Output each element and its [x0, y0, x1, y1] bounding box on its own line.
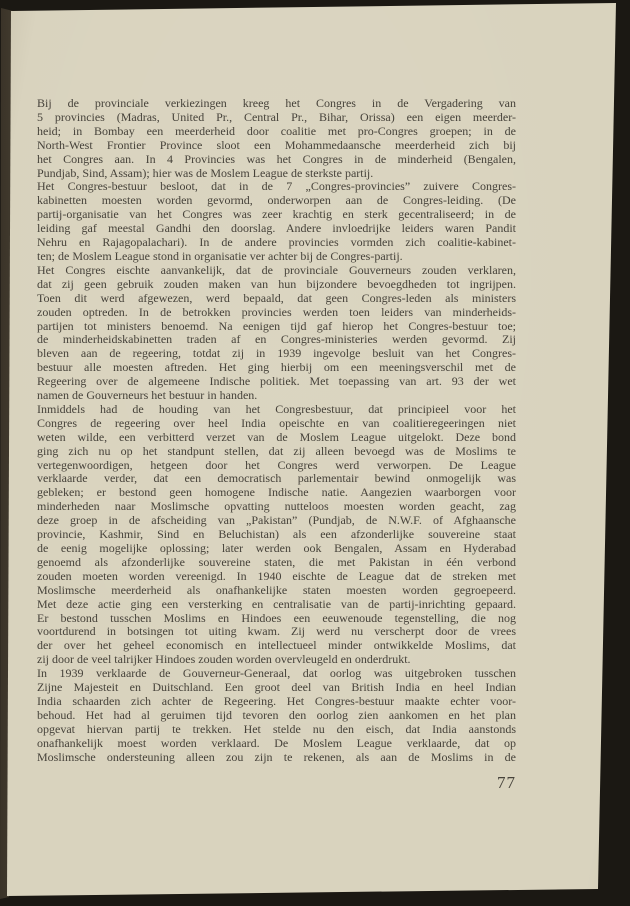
text-line: leiding gaf meestal Gandhi den doorslag.… — [37, 222, 516, 236]
text-line: Bij de provinciale verkiezingen kreeg he… — [37, 97, 516, 111]
text-line: bleven aan de regeering, totdat zij in 1… — [37, 347, 516, 361]
book-page: Bij de provinciale verkiezingen kreeg he… — [0, 0, 630, 906]
text-line: Het Congres eischte aanvankelijk, dat de… — [37, 264, 516, 278]
text-line: India schaarden zich achter de Regeering… — [37, 695, 516, 709]
text-line: partij-organisatie van het Congres was z… — [37, 208, 516, 222]
text-line: behoud. Het had al geruimen tijd tevoren… — [37, 709, 516, 723]
text-line: vertegenwoordigen, hetgeen door het Cong… — [37, 459, 516, 473]
text-line: onafhankelijk moest worden verklaard. De… — [37, 737, 516, 751]
text-line: de minderheidskabinetten traden af en Co… — [37, 333, 516, 347]
text-line: bestuur alle moesten aftreden. Het ging … — [37, 361, 516, 375]
text-line: minderheden naar Moslimsche opvatting nu… — [37, 500, 516, 514]
text-line: ten; de Moslem League stond in organisat… — [37, 250, 516, 264]
text-line: ging zich nu op het standpunt stellen, d… — [37, 445, 516, 459]
text-line: het Congres aan. In 4 Provincies was het… — [37, 153, 516, 167]
text-line: Inmiddels had de houding van het Congres… — [37, 403, 516, 417]
text-line: gebleken; er bestond geen homogene Indis… — [37, 486, 516, 500]
page-number: 77 — [37, 772, 516, 794]
text-line: provincie, Kashmir, Sind en Beluchistan)… — [37, 528, 516, 542]
text-line: heid; in Bombay een meerderheid door coa… — [37, 125, 516, 139]
text-line: weten wilde, een verbitterd verzet van d… — [37, 431, 516, 445]
text-line: der over het geheel economisch en intell… — [37, 639, 516, 653]
text-line: dat zij geen gebruik zouden maken van hu… — [37, 278, 516, 292]
text-line: Met deze actie ging een versterking en c… — [37, 598, 516, 612]
text-line: Zijne Majesteit en Duitschland. Een groo… — [37, 681, 516, 695]
text-line: voortdurend in botsingen tot uiting kwam… — [37, 625, 516, 639]
text-line: Moslimsche meerderheid als onafhankelijk… — [37, 584, 516, 598]
text-line: Toen dit werd afgewezen, werd bepaald, d… — [37, 292, 516, 306]
text-line: Regeering over de algemeene Indische pol… — [37, 375, 516, 389]
paragraph: Het Congres eischte aanvankelijk, dat de… — [37, 264, 516, 403]
text-line: Moslimsche ondersteuning alleen zou zijn… — [37, 751, 516, 765]
text-line: In 1939 verklaarde de Gouverneur-Generaa… — [37, 667, 516, 681]
text-line: zouden moeten worden vereenigd. In 1940 … — [37, 570, 516, 584]
text-line: 5 provincies (Madras, United Pr., Centra… — [37, 111, 516, 125]
text-line: North-West Frontier Province sloot een M… — [37, 139, 516, 153]
text-line: de eenig mogelijke oplossing; later werd… — [37, 542, 516, 556]
body-text-block: Bij de provinciale verkiezingen kreeg he… — [37, 97, 516, 765]
text-line: opgevat hiervan partij te trekken. Het s… — [37, 723, 516, 737]
text-line: Nehru en Rajagopalachari). In de andere … — [37, 236, 516, 250]
text-line: partijen tot ministers benoemd. Na eenig… — [37, 320, 516, 334]
text-line: deze groep in de afscheiding van „Pakist… — [37, 514, 516, 528]
text-line: zij door de veel talrijker Hindoes zoude… — [37, 653, 516, 667]
scan-surround: Bij de provinciale verkiezingen kreeg he… — [0, 0, 630, 906]
text-line: kabinetten moesten worden gevormd, onder… — [37, 194, 516, 208]
paragraph: Het Congres-bestuur besloot, dat in de 7… — [37, 180, 516, 263]
text-line: Er bestond tusschen Moslims en Hindoes e… — [37, 612, 516, 626]
paragraph: Inmiddels had de houding van het Congres… — [37, 403, 516, 667]
text-line: Het Congres-bestuur besloot, dat in de 7… — [37, 180, 516, 194]
paragraph: Bij de provinciale verkiezingen kreeg he… — [37, 97, 516, 180]
text-line: Congres de regeering over heel India ope… — [37, 417, 516, 431]
text-line: genoemd als afzonderlijke souvereine sta… — [37, 556, 516, 570]
text-line: namen de Gouverneurs het bestuur in hand… — [37, 389, 516, 403]
text-line: Pundjab, Sind, Assam); hier was de Mosle… — [37, 167, 516, 181]
text-line: verklaarde verder, dat een democratisch … — [37, 472, 516, 486]
text-line: zouden optreden. In de betrokken provinc… — [37, 306, 516, 320]
paragraph: In 1939 verklaarde de Gouverneur-Generaa… — [37, 667, 516, 764]
